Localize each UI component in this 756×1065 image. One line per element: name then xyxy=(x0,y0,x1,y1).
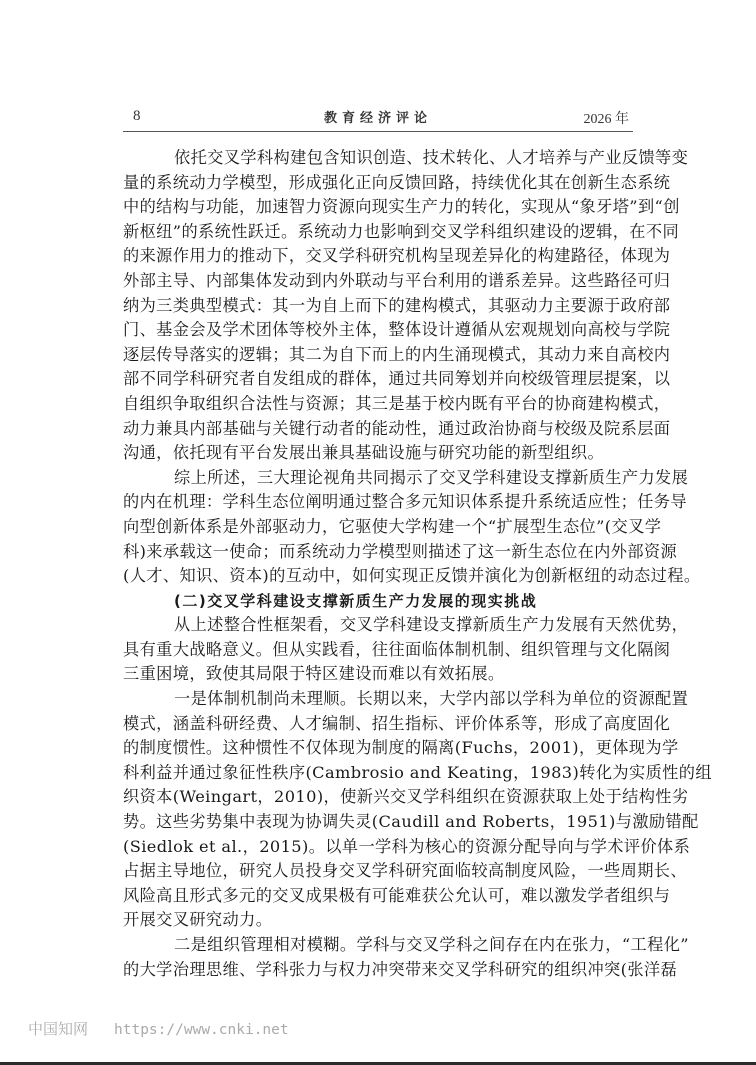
text-line: 的制度惯性。这种惯性不仅体现为制度的隔离(Fuchs，2001)，更体现为学 xyxy=(123,736,633,761)
section-heading: (二)交叉学科建设支撑新质生产力发展的现实挑战 xyxy=(123,589,633,614)
text-line: 的大学治理思维、学科张力与权力冲突带来交叉学科研究的组织冲突(张洋磊 xyxy=(123,958,633,983)
text-line: 的内在机理：学科生态位阐明通过整合多元知识体系提升系统适应性；任务导 xyxy=(123,490,633,515)
text-line: 风险高且形式多元的交叉成果极有可能难获公允认可，难以激发学者组织与 xyxy=(123,884,633,909)
text-line: 科)来承载这一使命；而系统动力学模型则描述了这一新生态位在内外部资源 xyxy=(123,540,633,565)
text-line: 从上述整合性框架看，交叉学科建设支撑新质生产力发展有天然优势， xyxy=(123,613,633,638)
text-line: 逐层传导落实的逻辑；其二为自下而上的内生涌现模式，其动力来自高校内 xyxy=(123,343,633,368)
cnki-watermark: 中国知网https://www.cnki.net xyxy=(28,1018,289,1039)
text-line: 自组织争取组织合法性与资源；其三是基于校内既有平台的协商建构模式， xyxy=(123,392,633,417)
text-line: 依托交叉学科构建包含知识创造、技术转化、人才培养与产业反馈等变 xyxy=(123,146,633,171)
text-line: 势。这些劣势集中表现为协调失灵(Caudill and Roberts，1951… xyxy=(123,810,633,835)
running-header: 8 教育经济评论 2026 年 xyxy=(123,106,633,130)
watermark-cnki-name: 中国知网 xyxy=(28,1020,88,1038)
text-line: 模式，涵盖科研经费、人才编制、招生指标、评价体系等，形成了高度固化 xyxy=(123,712,633,737)
text-line: 外部主导、内部集体发动到内外联动与平台利用的谱系差异。这些路径可归 xyxy=(123,269,633,294)
text-line: 新枢纽”的系统性跃迁。系统动力也影响到交叉学科组织建设的逻辑，在不同 xyxy=(123,220,633,245)
watermark-url: https://www.cnki.net xyxy=(114,1022,289,1038)
text-line: 纳为三类典型模式：其一为自上而下的建构模式，其驱动力主要源于政府部 xyxy=(123,294,633,319)
text-line: (Siedlok et al.，2015)。以单一学科为核心的资源分配导向与学术… xyxy=(123,835,633,860)
text-line: 门、基金会及学术团体等校外主体，整体设计遵循从宏观规划向高校与学院 xyxy=(123,318,633,343)
text-line: 中的结构与功能，加速智力资源向现实生产力的转化，实现从“象牙塔”到“创 xyxy=(123,195,633,220)
text-line: 织资本(Weingart，2010)，使新兴交叉学科组织在资源获取上处于结构性劣 xyxy=(123,785,633,810)
text-line: 部不同学科研究者自发组成的群体，通过共同筹划并向校级管理层提案，以 xyxy=(123,367,633,392)
text-line: 二是组织管理相对模糊。学科与交叉学科之间存在内在张力，“工程化” xyxy=(123,933,633,958)
text-line: 占据主导地位，研究人员投身交叉学科研究面临较高制度风险，一些周期长、 xyxy=(123,859,633,884)
text-line: 综上所述，三大理论视角共同揭示了交叉学科建设支撑新质生产力发展 xyxy=(123,466,633,491)
text-line: 沟通，依托现有平台发展出兼具基础设施与研究功能的新型组织。 xyxy=(123,441,633,466)
text-line: 科利益并通过象征性秩序(Cambrosio and Keating，1983)转… xyxy=(123,761,633,786)
article-body: 依托交叉学科构建包含知识创造、技术转化、人才培养与产业反馈等变量的系统动力学模型… xyxy=(123,146,633,982)
text-line: 向型创新体系是外部驱动力，它驱使大学构建一个“扩展型生态位”(交叉学 xyxy=(123,515,633,540)
text-line: 一是体制机制尚未理顺。长期以来，大学内部以学科为单位的资源配置 xyxy=(123,687,633,712)
text-line: 的来源作用力的推动下，交叉学科研究机构呈现差异化的构建路径，体现为 xyxy=(123,244,633,269)
text-line: 具有重大战略意义。但从实践看，往往面临体制机制、组织管理与文化隔阂 xyxy=(123,638,633,663)
text-line: (人才、知识、资本)的互动中，如何实现正反馈并演化为创新枢纽的动态过程。 xyxy=(123,564,633,589)
text-line: 开展交叉研究动力。 xyxy=(123,908,633,933)
issue-year: 2026 年 xyxy=(584,108,630,128)
text-line: 量的系统动力学模型，形成强化正向反馈回路，持续优化其在创新生态系统 xyxy=(123,171,633,196)
text-line: 动力兼具内部基础与关键行动者的能动性，通过政治协商与校级及院系层面 xyxy=(123,417,633,442)
journal-title: 教育经济评论 xyxy=(123,107,633,126)
text-line: 三重困境，致使其局限于特区建设而难以有效拓展。 xyxy=(123,662,633,687)
header-rule xyxy=(123,131,633,132)
